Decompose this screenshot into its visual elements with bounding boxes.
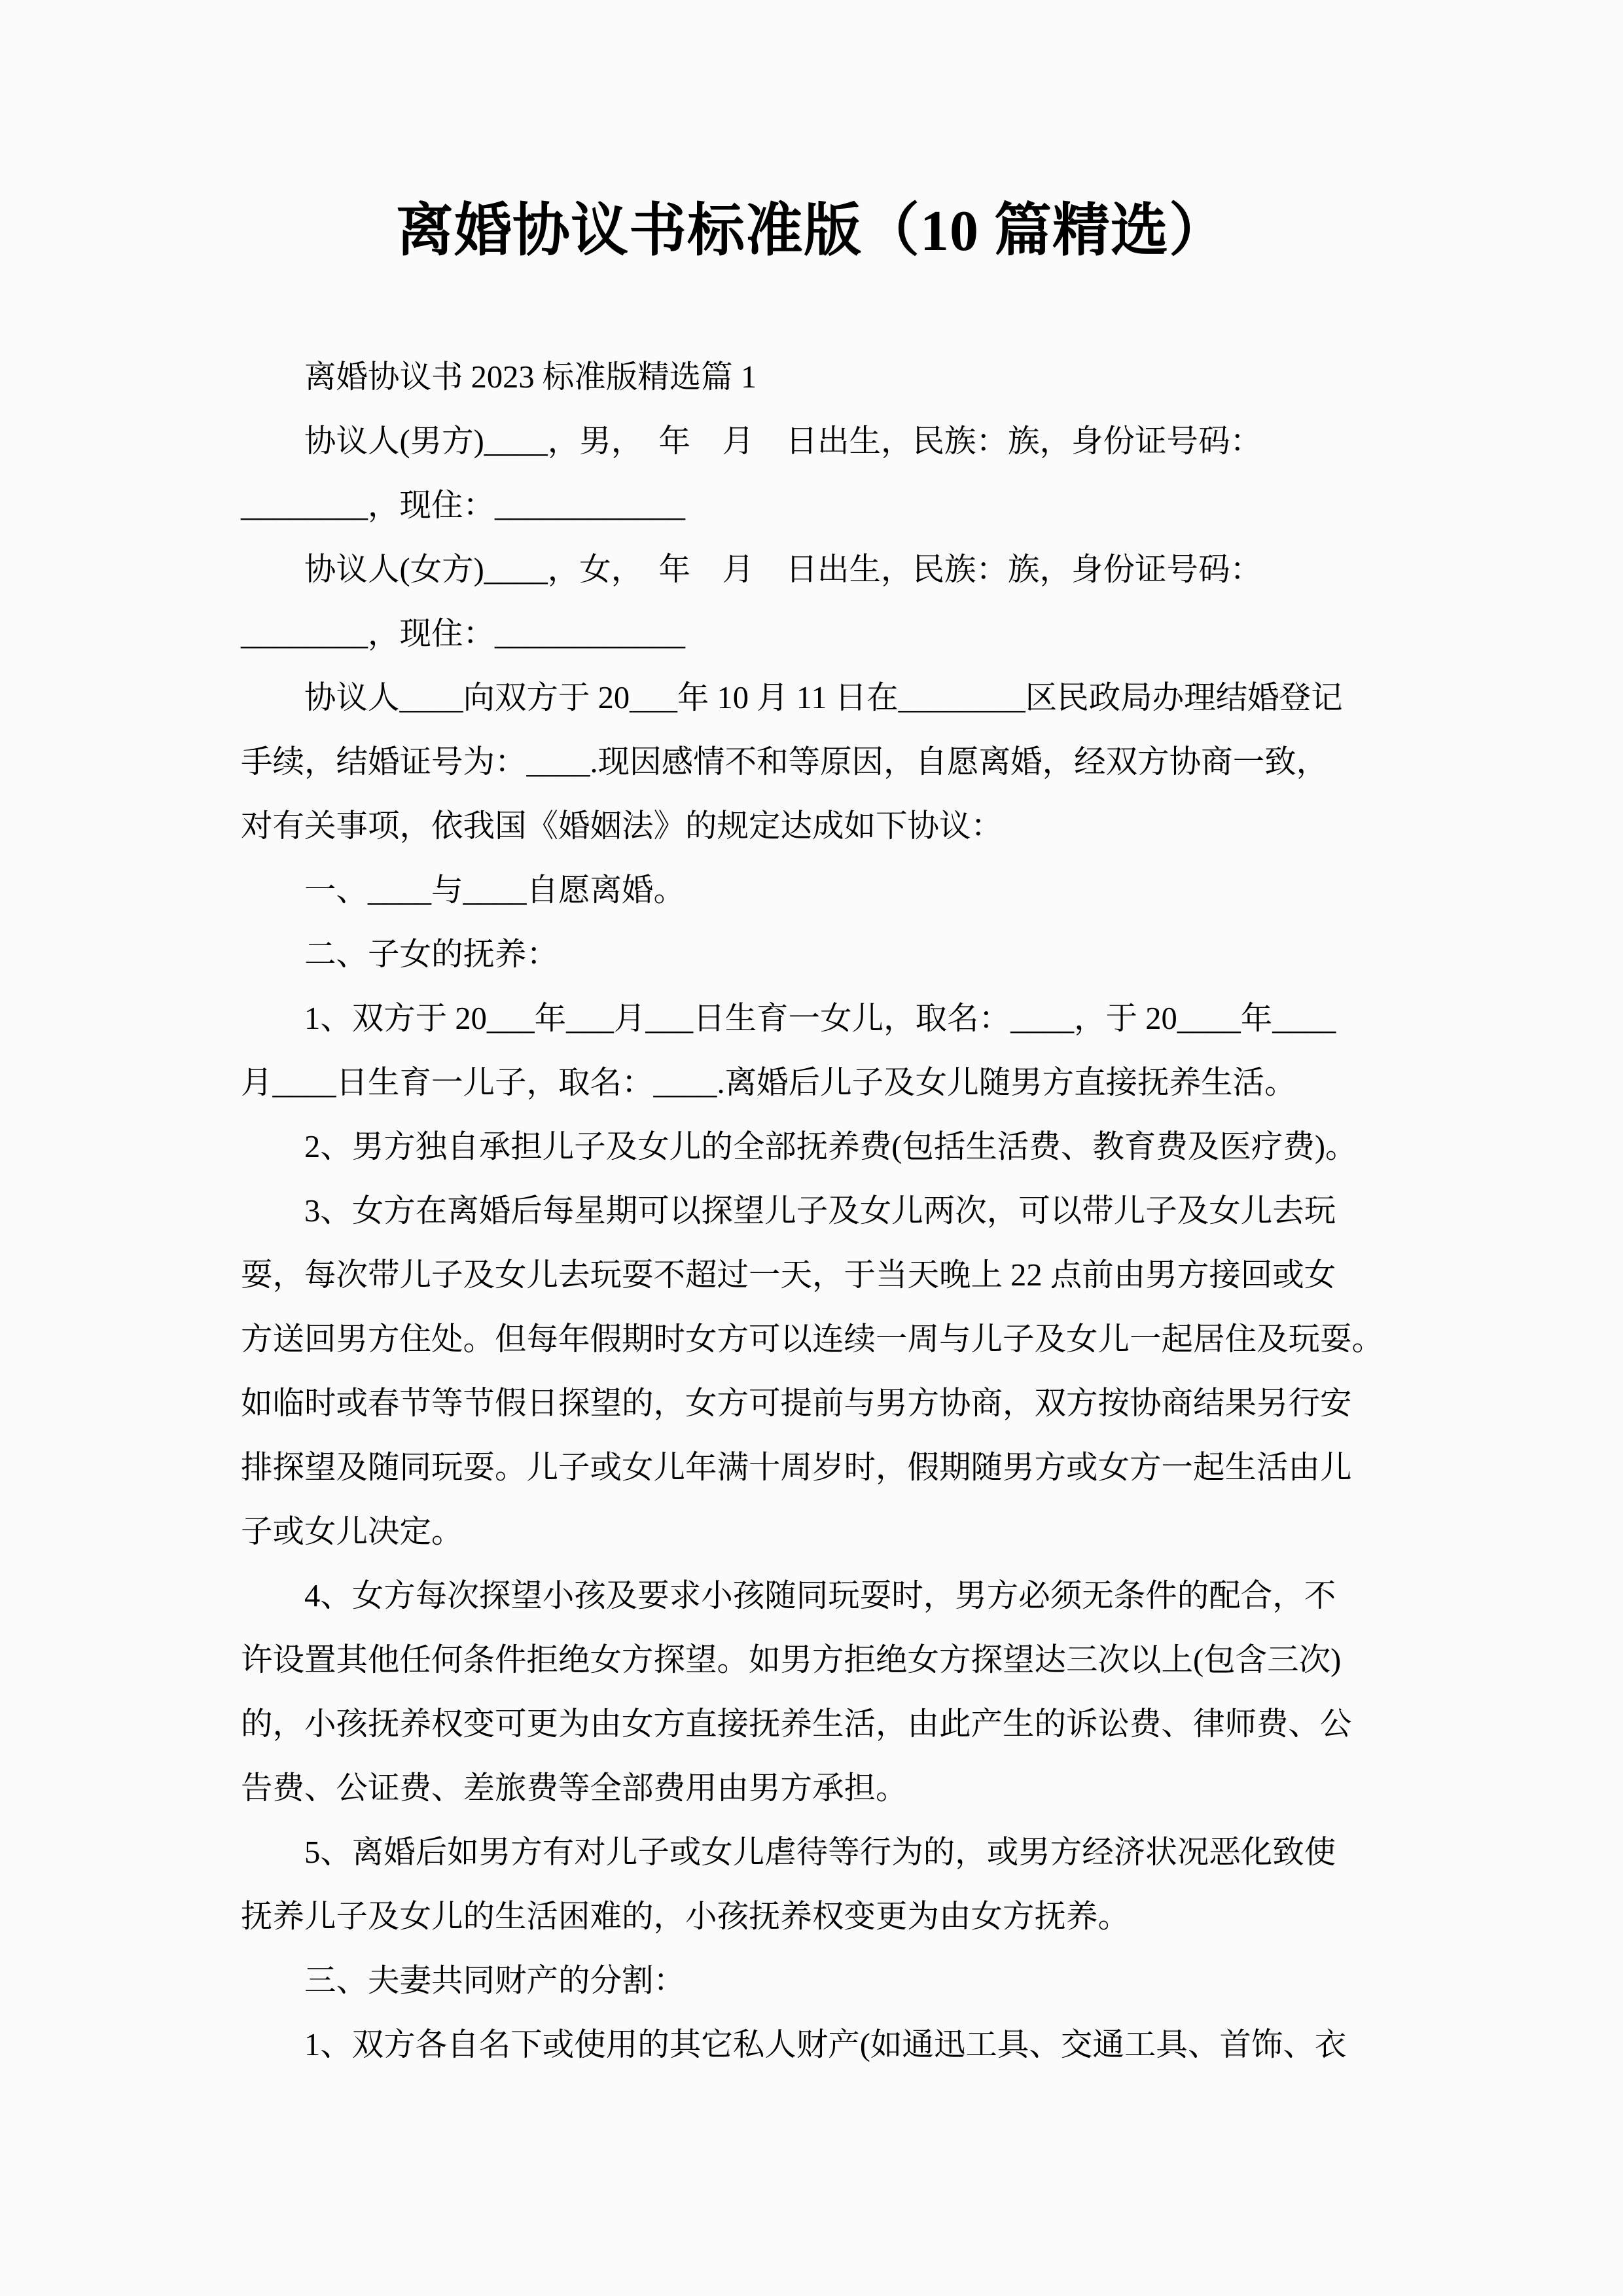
document-title: 离婚协议书标准版（10 篇精选） xyxy=(0,0,1623,260)
paragraph-line: 耍，每次带儿子及女儿去玩耍不超过一天，于当天晚上 22 点前由男方接回或女 xyxy=(241,1244,1394,1308)
paragraph-line: 的，小孩抚养权变可更为由女方直接抚养生活，由此产生的诉讼费、律师费、公 xyxy=(241,1693,1394,1757)
paragraph-line: 4、女方每次探望小孩及要求小孩随同玩耍时，男方必须无条件的配合，不 xyxy=(241,1564,1394,1628)
paragraph-line: 告费、公证费、差旅费等全部费用由男方承担。 xyxy=(241,1757,1394,1821)
paragraph-line: 二、子女的抚养： xyxy=(241,923,1394,987)
document-body: 离婚协议书 2023 标准版精选篇 1协议人(男方)____，男， 年 月 日出… xyxy=(241,346,1394,2077)
paragraph-line: 1、双方各自名下或使用的其它私人财产(如通迅工具、交通工具、首饰、衣 xyxy=(241,2013,1394,2077)
paragraph-line: 离婚协议书 2023 标准版精选篇 1 xyxy=(241,346,1394,410)
paragraph-line: 对有关事项，依我国《婚姻法》的规定达成如下协议： xyxy=(241,795,1394,859)
paragraph-line: 1、双方于 20___年___月___日生育一女儿，取名：____，于 20__… xyxy=(241,987,1394,1051)
paragraph-line: 协议人____向双方于 20___年 10 月 11 日在________区民政… xyxy=(241,666,1394,730)
paragraph-line: 协议人(男方)____，男， 年 月 日出生，民族：族，身份证号码： xyxy=(241,410,1394,474)
paragraph-line: 三、夫妻共同财产的分割： xyxy=(241,1949,1394,2013)
paragraph-line: 许设置其他任何条件拒绝女方探望。如男方拒绝女方探望达三次以上(包含三次) xyxy=(241,1628,1394,1693)
paragraph-line: 子或女儿决定。 xyxy=(241,1500,1394,1564)
paragraph-line: ________，现住：____________ xyxy=(241,602,1394,666)
paragraph-line: 3、女方在离婚后每星期可以探望儿子及女儿两次，可以带儿子及女儿去玩 xyxy=(241,1179,1394,1244)
document-page: 离婚协议书标准版（10 篇精选） 离婚协议书 2023 标准版精选篇 1协议人(… xyxy=(0,0,1623,2296)
paragraph-line: 5、离婚后如男方有对儿子或女儿虐待等行为的，或男方经济状况恶化致使 xyxy=(241,1821,1394,1885)
paragraph-line: 如临时或春节等节假日探望的，女方可提前与男方协商，双方按协商结果另行安 xyxy=(241,1372,1394,1436)
paragraph-line: 月____日生育一儿子，取名：____.离婚后儿子及女儿随男方直接抚养生活。 xyxy=(241,1051,1394,1115)
paragraph-line: 方送回男方住处。但每年假期时女方可以连续一周与儿子及女儿一起居住及玩耍。 xyxy=(241,1308,1394,1372)
paragraph-line: 一、____与____自愿离婚。 xyxy=(241,859,1394,923)
paragraph-line: 2、男方独自承担儿子及女儿的全部抚养费(包括生活费、教育费及医疗费)。 xyxy=(241,1115,1394,1179)
paragraph-line: 排探望及随同玩耍。儿子或女儿年满十周岁时，假期随男方或女方一起生活由儿 xyxy=(241,1436,1394,1500)
paragraph-line: 抚养儿子及女儿的生活困难的，小孩抚养权变更为由女方抚养。 xyxy=(241,1885,1394,1949)
paragraph-line: ________，现住：____________ xyxy=(241,474,1394,538)
paragraph-line: 协议人(女方)____，女， 年 月 日出生，民族：族，身份证号码： xyxy=(241,538,1394,602)
paragraph-line: 手续，结婚证号为：____.现因感情不和等原因，自愿离婚，经双方协商一致， xyxy=(241,730,1394,795)
